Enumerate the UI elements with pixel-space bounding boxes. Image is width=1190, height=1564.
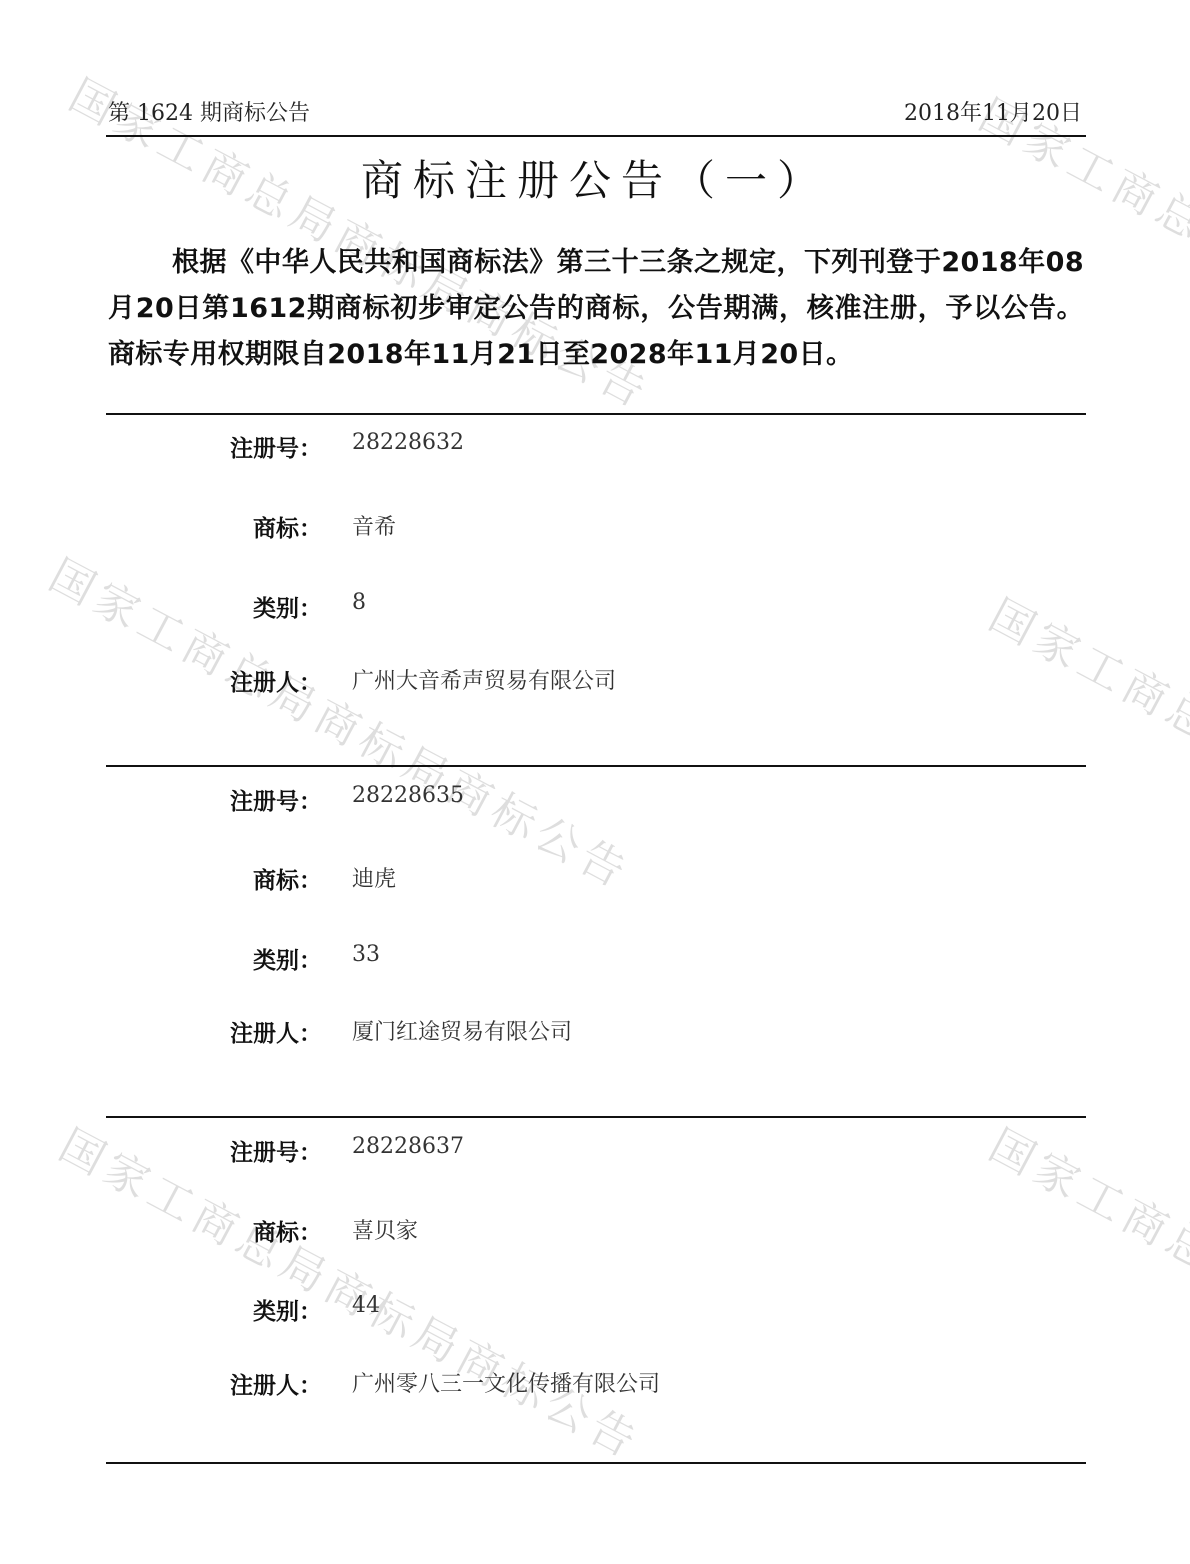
entry-2-mark-row: 商标： 迪虎 [0, 862, 1190, 898]
publication-date: 2018年11月20日 [904, 96, 1082, 127]
entry-3-mark-row: 商标： 喜贝家 [0, 1214, 1190, 1250]
class-value: 33 [352, 942, 380, 967]
header-divider [106, 135, 1086, 137]
reg-no-value: 28228637 [352, 1134, 464, 1159]
reg-no-label: 注册号： [230, 430, 322, 463]
entry-2-registrant-row: 注册人： 厦门红途贸易有限公司 [0, 1015, 1190, 1051]
entry-1-mark-row: 商标： 音希 [0, 510, 1190, 546]
registrant-label: 注册人： [230, 1015, 322, 1048]
mark-label: 商标： [253, 1214, 322, 1247]
registrant-label: 注册人： [230, 1367, 322, 1400]
footer-divider [106, 1462, 1086, 1464]
class-label: 类别： [253, 942, 322, 975]
reg-no-value: 28228632 [352, 430, 464, 455]
intro-paragraph: 根据《中华人民共和国商标法》第三十三条之规定，下列刊登于2018年08月20日第… [108, 240, 1084, 378]
mark-label: 商标： [253, 862, 322, 895]
class-label: 类别： [253, 1293, 322, 1326]
entry-3-reg-no-row: 注册号： 28228637 [0, 1134, 1190, 1170]
registrant-value: 广州大音希声贸易有限公司 [352, 664, 616, 695]
registrant-value: 广州零八三一文化传播有限公司 [352, 1367, 660, 1398]
entry-1-registrant-row: 注册人： 广州大音希声贸易有限公司 [0, 664, 1190, 700]
mark-value: 迪虎 [352, 862, 396, 893]
page-title: 商标注册公告（一） [0, 148, 1190, 208]
reg-no-value: 28228635 [352, 783, 464, 808]
entry-divider [106, 765, 1086, 767]
class-value: 44 [352, 1293, 380, 1318]
mark-label: 商标： [253, 510, 322, 543]
reg-no-label: 注册号： [230, 783, 322, 816]
registrant-value: 厦门红途贸易有限公司 [352, 1015, 572, 1046]
entry-3-class-row: 类别： 44 [0, 1293, 1190, 1329]
entry-divider [106, 1116, 1086, 1118]
registrant-label: 注册人： [230, 664, 322, 697]
entry-divider [106, 413, 1086, 415]
entry-2-class-row: 类别： 33 [0, 942, 1190, 978]
class-label: 类别： [253, 590, 322, 623]
issue-number: 第 1624 期商标公告 [108, 96, 310, 127]
class-value: 8 [352, 590, 366, 615]
entry-3-registrant-row: 注册人： 广州零八三一文化传播有限公司 [0, 1367, 1190, 1403]
entry-2-reg-no-row: 注册号： 28228635 [0, 783, 1190, 819]
entry-1-reg-no-row: 注册号： 28228632 [0, 430, 1190, 466]
mark-value: 音希 [352, 510, 396, 541]
reg-no-label: 注册号： [230, 1134, 322, 1167]
mark-value: 喜贝家 [352, 1214, 418, 1245]
entry-1-class-row: 类别： 8 [0, 590, 1190, 626]
